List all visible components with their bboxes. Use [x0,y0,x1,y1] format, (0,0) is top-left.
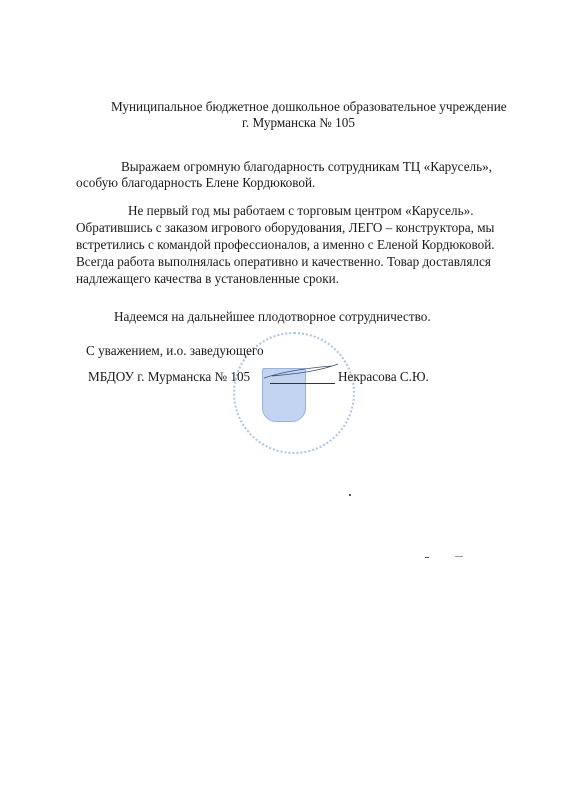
organization-name: МБДОУ г. Мурманска № 105 [88,369,250,385]
paragraph2-line-1: Не первый год мы работаем с торговым цен… [128,203,474,219]
scan-speck [455,556,463,557]
paragraph2-line-4: Всегда работа выполнялась оперативно и к… [76,254,491,270]
header-line-1: Муниципальное бюджетное дошкольное образ… [111,99,507,115]
handwritten-signature [262,362,342,382]
paragraph2-line-5: надлежащего качества в установленные сро… [76,271,339,287]
paragraph2-line-3: встретились с командой профессионалов, а… [76,237,495,253]
signature-line [270,383,335,384]
regards-line: С уважением, и.о. заведующего [86,343,264,359]
signatory-name: Некрасова С.Ю. [338,369,429,385]
scan-speck [425,557,429,558]
paragraph1-line-2: особую благодарность Елене Кордюковой. [76,175,315,191]
closing-line: Надеемся на дальнейшее плодотворное сотр… [114,309,431,325]
scan-speck [349,494,351,496]
paragraph1-line-1: Выражаем огромную благодарность сотрудни… [121,159,492,175]
paragraph2-line-2: Обратившись с заказом игрового оборудова… [76,220,494,236]
header-line-2: г. Мурманска № 105 [242,115,355,131]
